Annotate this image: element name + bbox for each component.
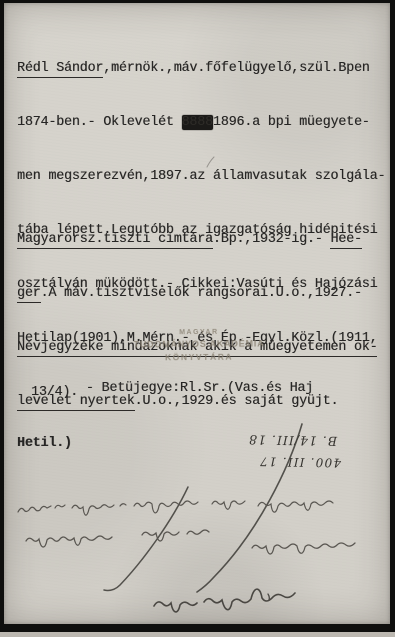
stamp-line: KÖNYVTÁRA [134,351,265,362]
stamp-line: TUDOMÁNYOS AKADÉMIA [134,338,265,349]
handwritten-date-upside-down: 400. III. 17 [251,454,341,470]
overstruck-correction: 8888 [182,115,213,130]
library-ownership-stamp: MAGYAR TUDOMÁNYOS AKADÉMIA KÖNYVTÁRA [133,328,264,362]
catalog-card: Rédl Sándor,mérnök.,máv.főfelügyelő,szül… [4,3,390,624]
typed-line: Rédl Sándor,mérnök.,máv.főfelügyelő,szül… [17,60,382,78]
card-photo: Rédl Sándor,mérnök.,máv.főfelügyelő,szül… [0,0,395,637]
source-title: Magyarorsz.tiszti cimtára [17,232,213,249]
photo-edge-strip [0,632,395,637]
typed-line: 1874-ben.- Oklevelét 88881896.a bpi müeg… [17,114,382,132]
typed-line: Magyarorsz.tiszti cimtára.Bp.,1932-ig.- … [17,231,382,249]
typed-line: ger.A máv.tisztviselők rangsorai.U.o.,19… [17,285,382,303]
handwritten-date-upside-down: B. 14/III. 18 [243,432,337,449]
typed-line: men megszerezvén,1897.az államvasutak sz… [17,168,382,186]
typed-paragraph-sources: Magyarorsz.tiszti cimtára.Bp.,1932-ig.- … [17,195,382,447]
entry-name: Rédl Sándor [17,61,103,78]
stamp-line: MAGYAR [133,328,264,336]
typed-line: levelet nyertek.U.o.,1929.és saját gyüjt… [17,393,382,411]
